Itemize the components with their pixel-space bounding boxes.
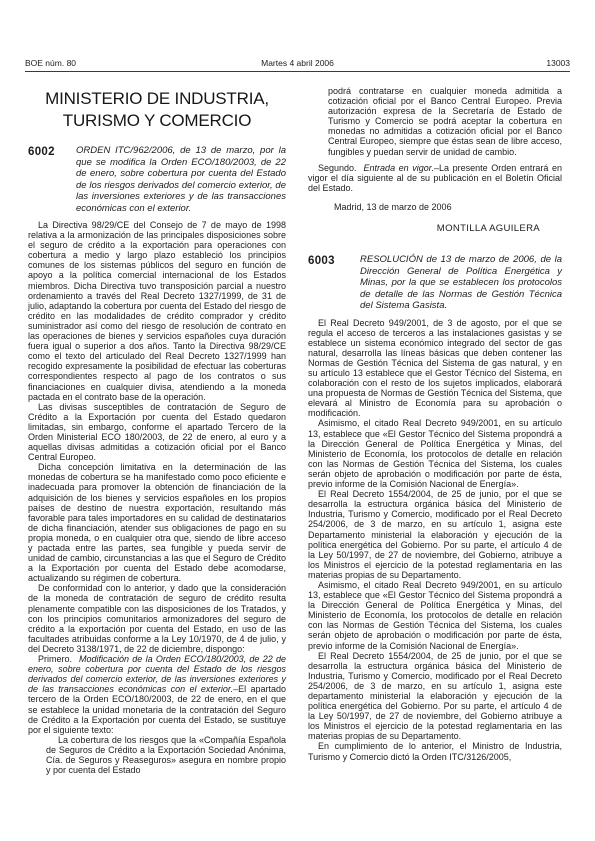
resolution-6003-paragraph-4: Asimismo, el citado Real Decreto 949/200… bbox=[308, 580, 562, 651]
ministry-title: MINISTERIO DE INDUSTRIA, TURISMO Y COMER… bbox=[28, 88, 286, 132]
resolution-6003-heading: RESOLUCIÓN de 13 de marzo de 2006, de la… bbox=[360, 254, 562, 312]
order-6002-signature: MONTILLA AGUILERA bbox=[308, 223, 562, 234]
order-6002-segundo-paragraph: Segundo.Entrada en vigor.–La presente Or… bbox=[308, 163, 562, 193]
resolution-6003-paragraph-2: Asimismo, el citado Real Decreto 949/200… bbox=[308, 418, 562, 489]
segundo-title: Entrada en vigor. bbox=[364, 163, 434, 173]
resolution-6003-paragraph-3: El Real Decreto 1554/2004, de 25 de juni… bbox=[308, 489, 562, 580]
segundo-label: Segundo. bbox=[318, 163, 357, 173]
resolution-6003-paragraph-1: El Real Decreto 949/2001, de 3 de agosto… bbox=[308, 318, 562, 419]
order-6002-place-date: Madrid, 13 de marzo de 2006 bbox=[308, 202, 562, 212]
order-6002-number: 6002 bbox=[28, 145, 76, 214]
primero-label: Primero. bbox=[38, 654, 72, 664]
order-6002-heading-block: 6002 ORDEN ITC/962/2006, de 13 de marzo,… bbox=[28, 145, 286, 214]
order-6002-paragraph-2: Las divisas susceptibles de contratación… bbox=[28, 402, 286, 463]
order-6002-primero-paragraph: Primero.Modificación de la Orden ECO/180… bbox=[28, 654, 286, 735]
header-issue-number: BOE núm. 80 bbox=[25, 58, 207, 69]
order-6002-paragraph-1: La Directiva 98/29/CE del Consejo de 7 d… bbox=[28, 220, 286, 402]
ministry-title-line1: MINISTERIO DE INDUSTRIA, bbox=[28, 88, 286, 110]
right-column: podrá contratarse en cualquier moneda ad… bbox=[308, 84, 562, 762]
order-6002-paragraph-4: De conformidad con lo anterior, y dado q… bbox=[28, 583, 286, 654]
resolution-6003-number: 6003 bbox=[308, 254, 360, 312]
order-6002-quote-part1: La cobertura de los riesgos que la «Comp… bbox=[28, 735, 286, 775]
running-header: BOE núm. 80 Martes 4 abril 2006 13003 bbox=[25, 58, 570, 72]
resolution-6003-paragraph-6: En cumplimiento de lo anterior, el Minis… bbox=[308, 741, 562, 761]
resolution-6003-paragraph-5: El Real Decreto 1554/2004, de 25 de juni… bbox=[308, 651, 562, 742]
left-column: MINISTERIO DE INDUSTRIA, TURISMO Y COMER… bbox=[28, 84, 286, 775]
resolution-6003-heading-block: 6003 RESOLUCIÓN de 13 de marzo de 2006, … bbox=[308, 254, 562, 312]
ministry-title-line2: TURISMO Y COMERCIO bbox=[28, 110, 286, 132]
order-6002-heading: ORDEN ITC/962/2006, de 13 de marzo, por … bbox=[76, 145, 286, 214]
order-6002-quote-part2: podrá contratarse en cualquier moneda ad… bbox=[308, 86, 562, 157]
header-date: Martes 4 abril 2006 bbox=[207, 58, 389, 69]
boe-gazette-page: BOE núm. 80 Martes 4 abril 2006 13003 MI… bbox=[0, 0, 595, 841]
order-6002-paragraph-3: Dicha concepción limitativa en la determ… bbox=[28, 462, 286, 583]
header-page-number: 13003 bbox=[388, 58, 570, 69]
